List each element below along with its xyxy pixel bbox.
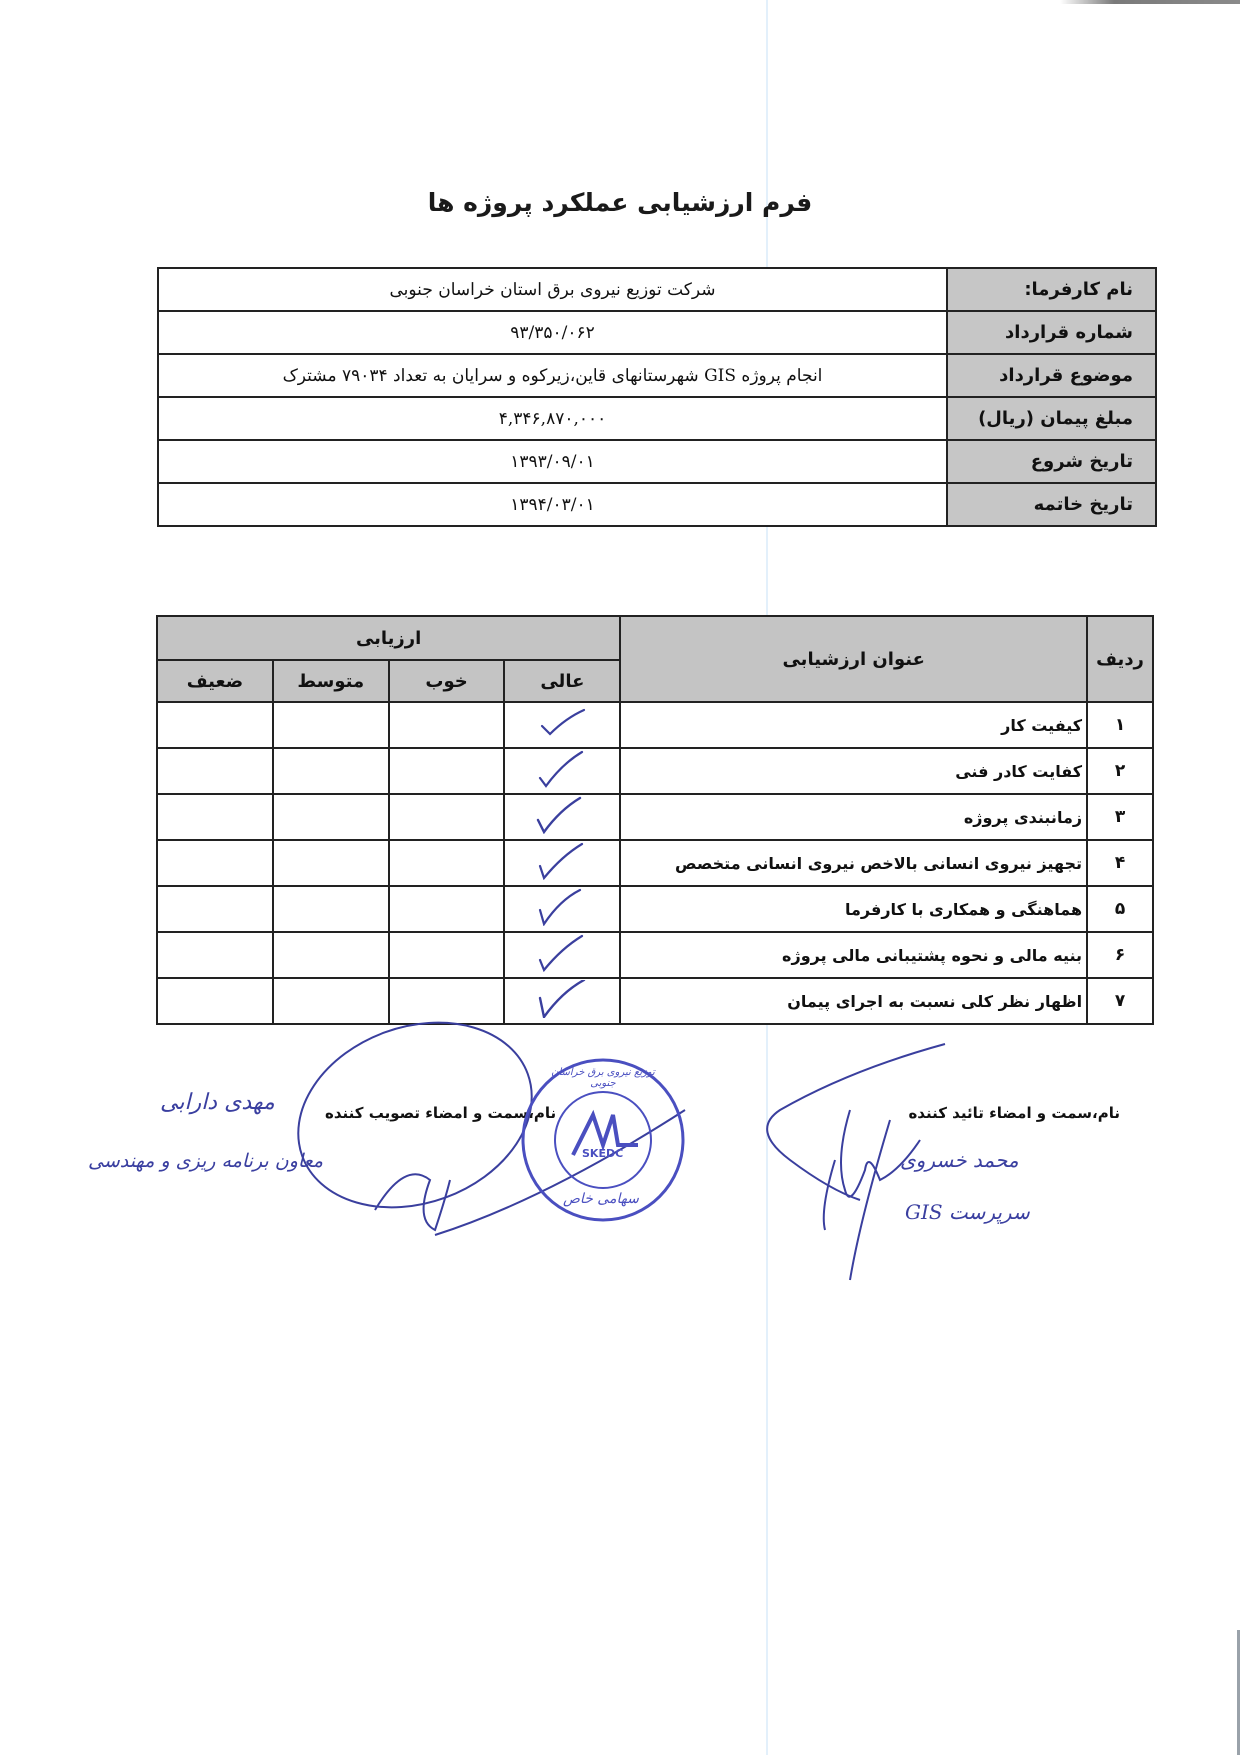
scan-edge-top	[1060, 0, 1240, 4]
row-number: ۴	[1087, 840, 1153, 886]
cell-excellent[interactable]	[504, 932, 620, 978]
cell-good[interactable]	[389, 932, 505, 978]
stamp-top-text: توزیع نیروی برق خراسان جنوبی	[538, 1067, 668, 1089]
cell-average[interactable]	[273, 840, 389, 886]
cell-weak[interactable]	[157, 886, 273, 932]
table-row: ۶ بنیه مالی و نحوه پشتیبانی مالی پروژه	[157, 932, 1153, 978]
table-row: ۵ هماهنگی و همکاری با کارفرما	[157, 886, 1153, 932]
company-stamp: SKEDC سهامی خاص توزیع نیروی برق خراسان ج…	[518, 1055, 688, 1225]
table-row: ۳ زمانبندی پروژه	[157, 794, 1153, 840]
table-row: ۴ تجهیز نیروی انسانی بالاخص نیروی انسانی…	[157, 840, 1153, 886]
row-title: کفایت کادر فنی	[620, 748, 1087, 794]
row-number: ۷	[1087, 978, 1153, 1024]
info-label: شماره قرارداد	[947, 311, 1156, 354]
cell-average[interactable]	[273, 978, 389, 1024]
cell-weak[interactable]	[157, 794, 273, 840]
checkmark-icon	[532, 888, 592, 926]
header-grade-weak: ضعیف	[157, 660, 273, 702]
cell-excellent[interactable]	[504, 748, 620, 794]
table-row: ۷ اظهار نظر کلی نسبت به اجرای پیمان	[157, 978, 1153, 1024]
row-title: هماهنگی و همکاری با کارفرما	[620, 886, 1087, 932]
checkmark-icon	[532, 842, 592, 880]
row-number: ۵	[1087, 886, 1153, 932]
info-row-end-date: تاریخ خاتمه ۱۳۹۴/۰۳/۰۱	[158, 483, 1156, 526]
info-row-contract-number: شماره قرارداد ۹۳/۳۵۰/۰۶۲	[158, 311, 1156, 354]
row-number: ۳	[1087, 794, 1153, 840]
info-label: موضوع قرارداد	[947, 354, 1156, 397]
evaluation-table: ردیف عنوان ارزشیابی ارزیابی عالی خوب متو…	[156, 615, 1154, 1025]
cell-average[interactable]	[273, 886, 389, 932]
info-value: ۹۳/۳۵۰/۰۶۲	[158, 311, 947, 354]
info-label: تاریخ خاتمه	[947, 483, 1156, 526]
header-grade-average: متوسط	[273, 660, 389, 702]
cell-good[interactable]	[389, 702, 505, 748]
table-row: ۲ کفایت کادر فنی	[157, 748, 1153, 794]
cell-good[interactable]	[389, 840, 505, 886]
checkmark-icon	[532, 934, 592, 972]
info-label: مبلغ پیمان (ریال)	[947, 397, 1156, 440]
cell-average[interactable]	[273, 794, 389, 840]
stamp-abbreviation: SKEDC	[582, 1147, 623, 1160]
table-row: ۱ کیفیت کار	[157, 702, 1153, 748]
info-value: ۴,۳۴۶,۸۷۰,۰۰۰	[158, 397, 947, 440]
cell-good[interactable]	[389, 794, 505, 840]
checkmark-icon	[532, 796, 592, 834]
ratifier-handwritten-name: مهدی دارابی	[160, 1090, 275, 1115]
info-row-amount: مبلغ پیمان (ریال) ۴,۳۴۶,۸۷۰,۰۰۰	[158, 397, 1156, 440]
header-grade-excellent: عالی	[504, 660, 620, 702]
row-title: زمانبندی پروژه	[620, 794, 1087, 840]
approver-handwritten-role: سرپرست GIS	[905, 1200, 1030, 1224]
cell-good[interactable]	[389, 748, 505, 794]
info-row-subject: موضوع قرارداد انجام پروژه GIS شهرستانهای…	[158, 354, 1156, 397]
cell-average[interactable]	[273, 702, 389, 748]
cell-excellent[interactable]	[504, 886, 620, 932]
info-value: شرکت توزیع نیروی برق استان خراسان جنوبی	[158, 268, 947, 311]
cell-average[interactable]	[273, 748, 389, 794]
info-row-employer: نام کارفرما: شرکت توزیع نیروی برق استان …	[158, 268, 1156, 311]
header-grade-good: خوب	[389, 660, 505, 702]
info-value: ۱۳۹۴/۰۳/۰۱	[158, 483, 947, 526]
header-evaluation-group: ارزیابی	[157, 616, 620, 660]
row-title: کیفیت کار	[620, 702, 1087, 748]
cell-good[interactable]	[389, 886, 505, 932]
cell-weak[interactable]	[157, 932, 273, 978]
checkmark-icon	[532, 704, 592, 742]
info-label: نام کارفرما:	[947, 268, 1156, 311]
row-number: ۶	[1087, 932, 1153, 978]
checkmark-icon	[532, 980, 592, 1018]
cell-weak[interactable]	[157, 978, 273, 1024]
row-title: تجهیز نیروی انسانی بالاخص نیروی انسانی م…	[620, 840, 1087, 886]
info-value: انجام پروژه GIS شهرستانهای قاین،زیرکوه و…	[158, 354, 947, 397]
header-row-number: ردیف	[1087, 616, 1153, 702]
cell-excellent[interactable]	[504, 978, 620, 1024]
cell-weak[interactable]	[157, 748, 273, 794]
row-title: بنیه مالی و نحوه پشتیبانی مالی پروژه	[620, 932, 1087, 978]
cell-weak[interactable]	[157, 702, 273, 748]
approver-handwritten-name: محمد خسروی	[900, 1148, 1019, 1172]
cell-weak[interactable]	[157, 840, 273, 886]
cell-good[interactable]	[389, 978, 505, 1024]
info-value: ۱۳۹۳/۰۹/۰۱	[158, 440, 947, 483]
ratifier-handwritten-role: معاون برنامه ریزی و مهندسی	[88, 1150, 323, 1172]
checkmark-icon	[532, 750, 592, 788]
cell-average[interactable]	[273, 932, 389, 978]
cell-excellent[interactable]	[504, 702, 620, 748]
stamp-bottom-text: سهامی خاص	[563, 1191, 639, 1207]
header-evaluation-title: عنوان ارزشیابی	[620, 616, 1087, 702]
info-row-start-date: تاریخ شروع ۱۳۹۳/۰۹/۰۱	[158, 440, 1156, 483]
row-number: ۱	[1087, 702, 1153, 748]
contract-info-table: نام کارفرما: شرکت توزیع نیروی برق استان …	[157, 267, 1157, 527]
info-label: تاریخ شروع	[947, 440, 1156, 483]
cell-excellent[interactable]	[504, 794, 620, 840]
cell-excellent[interactable]	[504, 840, 620, 886]
row-title: اظهار نظر کلی نسبت به اجرای پیمان	[620, 978, 1087, 1024]
row-number: ۲	[1087, 748, 1153, 794]
page-title: فرم ارزشیابی عملکرد پروژه ها	[0, 188, 1240, 217]
